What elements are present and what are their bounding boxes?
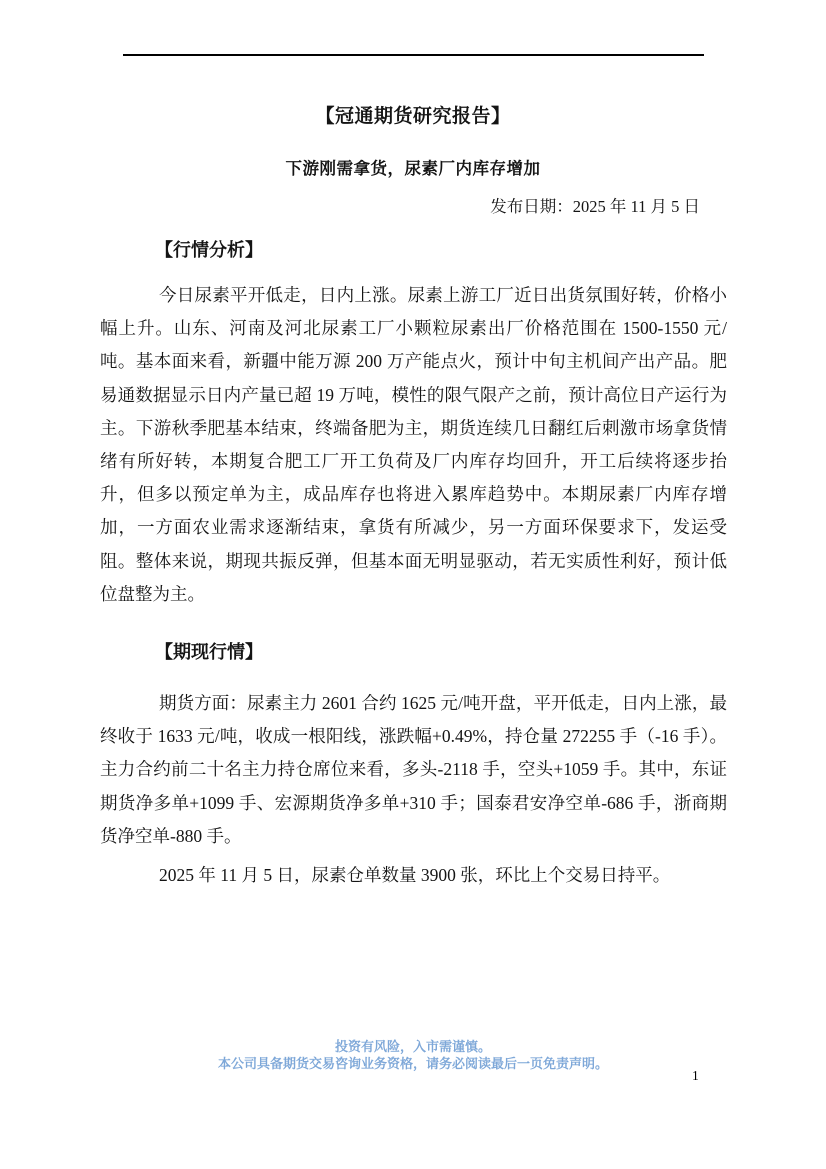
market-analysis-paragraph: 今日尿素平开低走，日内上涨。尿素上游工厂近日出货氛围好转，价格小幅上升。山东、河… [100,279,727,611]
header-divider [123,54,704,56]
footer-risk-warning: 投资有风险，入市需谨慎。 [0,1038,826,1055]
warehouse-receipt-paragraph: 2025 年 11 月 5 日，尿素仓单数量 3900 张，环比上个交易日持平。 [100,859,727,892]
publish-date: 发布日期：2025 年 11 月 5 日 [100,196,700,218]
report-title: 【冠通期货研究报告】 [100,104,726,130]
report-subtitle: 下游刚需拿货，尿素厂内库存增加 [100,158,726,180]
report-page: 【冠通期货研究报告】 下游刚需拿货，尿素厂内库存增加 发布日期：2025 年 1… [0,0,826,1169]
futures-market-paragraph: 期货方面：尿素主力 2601 合约 1625 元/吨开盘，平开低走，日内上涨，最… [100,687,727,853]
section-heading-market-analysis: 【行情分析】 [155,238,263,262]
page-number: 1 [692,1068,699,1084]
page-footer: 投资有风险，入市需谨慎。 本公司具备期货交易咨询业务资格，请务必阅读最后一页免责… [0,1038,826,1072]
footer-disclaimer: 本公司具备期货交易咨询业务资格，请务必阅读最后一页免责声明。 [0,1055,826,1072]
section-heading-futures-spot: 【期现行情】 [155,640,263,664]
